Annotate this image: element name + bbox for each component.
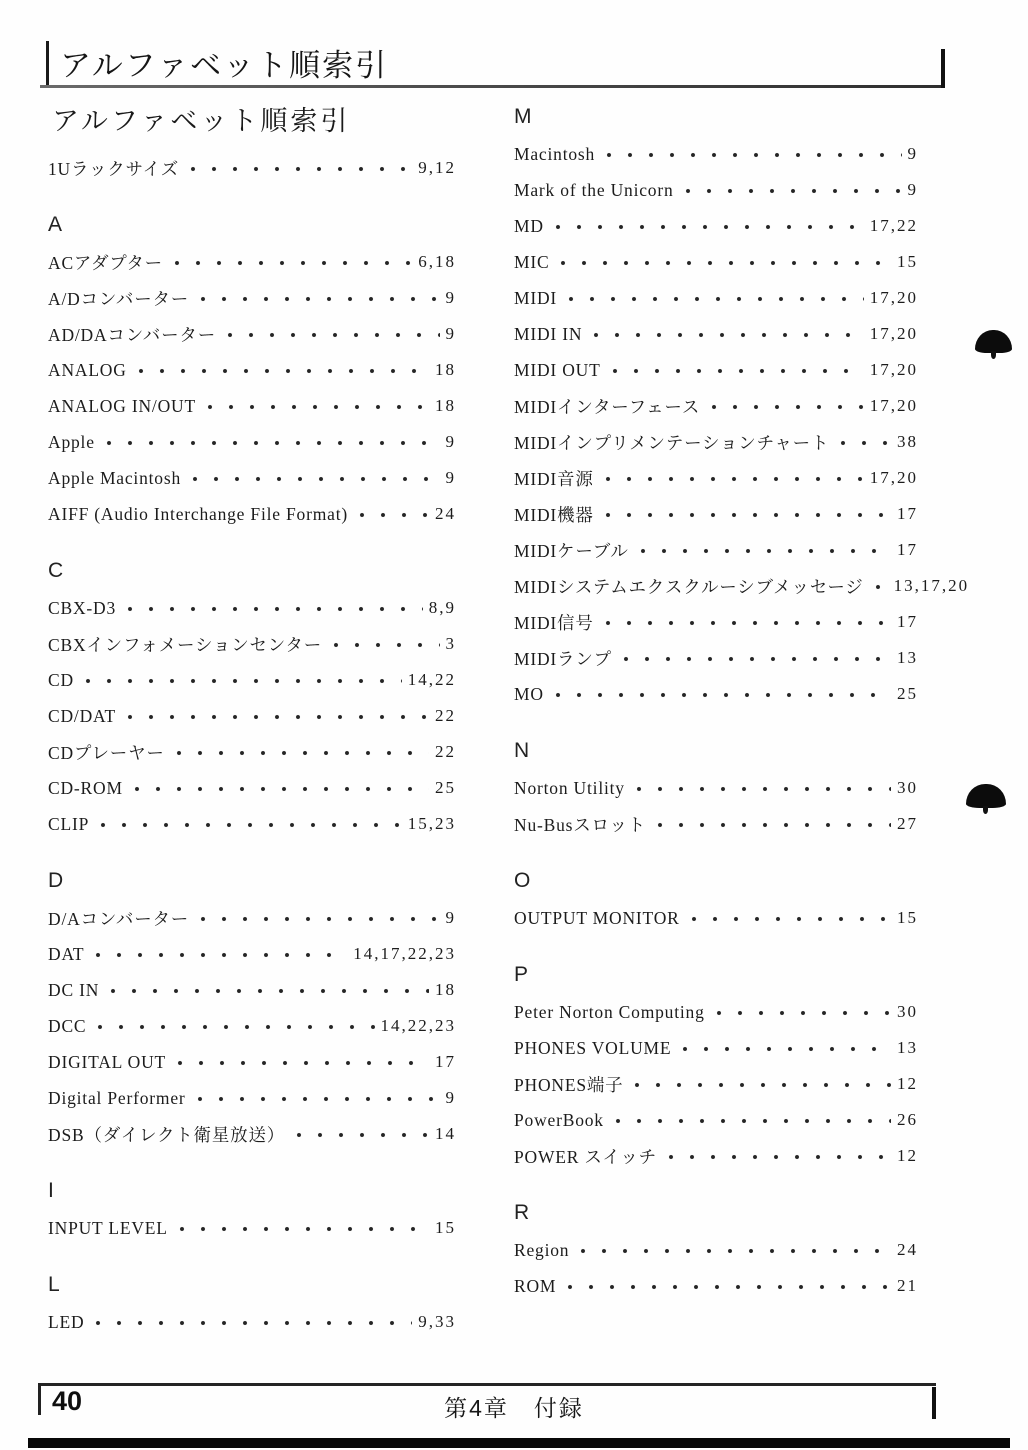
dot-leader [611, 352, 864, 388]
dot-leader [690, 900, 891, 936]
entry-label: OUTPUT MONITOR [514, 908, 680, 929]
entry-page-numbers: 17,20 [870, 396, 918, 416]
entry-page-numbers: 9 [446, 1088, 457, 1108]
entry-page-numbers: 22 [435, 706, 456, 726]
entry-page-numbers: 17,20 [870, 360, 918, 380]
dot-leader [614, 1102, 891, 1138]
index-entry: MIDIインプリメンテーションチャート38 [514, 424, 918, 460]
index-entry: ACアダプター6,18 [48, 244, 456, 280]
entry-page-numbers: 25 [435, 778, 456, 798]
dot-leader [178, 1210, 429, 1246]
dot-leader [622, 640, 891, 676]
entry-page-numbers: 26 [897, 1110, 918, 1130]
entry-page-numbers: 18 [435, 980, 456, 1000]
entry-page-numbers: 9 [908, 180, 919, 200]
dot-leader [554, 208, 864, 244]
entry-page-numbers: 6,18 [418, 252, 456, 272]
dot-leader [715, 994, 891, 1030]
entry-label: CD-ROM [48, 778, 123, 799]
entry-page-numbers: 15 [897, 908, 918, 928]
index-entry: MIDI音源17,20 [514, 460, 918, 496]
entry-page-numbers: 27 [897, 814, 918, 834]
dot-leader [710, 388, 864, 424]
dot-leader [206, 388, 429, 424]
dot-leader [559, 244, 891, 280]
entry-label: CLIP [48, 814, 89, 835]
entry-page-numbers: 14,17,22,23 [353, 944, 456, 964]
dot-leader [105, 424, 440, 460]
entry-page-numbers: 18 [435, 360, 456, 380]
index-entry: MIDI IN17,20 [514, 316, 918, 352]
index-entry: MIDIランプ13 [514, 640, 918, 676]
index-entry: Norton Utility30 [514, 770, 918, 806]
dot-leader [605, 136, 901, 172]
header-rule [40, 85, 945, 88]
dot-leader [874, 568, 888, 604]
entry-page-numbers: 9 [446, 468, 457, 488]
entry-page-numbers: 9 [446, 432, 457, 452]
entry-page-numbers: 3 [446, 634, 457, 654]
index-entry: Nu-Busスロット27 [514, 806, 918, 842]
running-header-title: アルファベット順索引 [60, 40, 388, 85]
entry-label: Apple [48, 432, 95, 453]
entry-label: DC IN [48, 980, 99, 1001]
dot-leader [175, 734, 429, 770]
entry-page-numbers: 9 [446, 908, 457, 928]
entry-page-numbers: 21 [897, 1276, 918, 1296]
entry-label: MIDI [514, 288, 557, 309]
index-entry: PHONES VOLUME13 [514, 1030, 918, 1066]
index-entry: MIDIケーブル17 [514, 532, 918, 568]
index-section-m: MMacintosh9Mark of the Unicorn9MD17,22MI… [514, 96, 918, 712]
section-letter: C [48, 550, 456, 590]
index-entry: CD14,22 [48, 662, 456, 698]
index-entry: MIDI OUT17,20 [514, 352, 918, 388]
entry-label: MIDIランプ [514, 646, 612, 671]
dot-leader [191, 460, 439, 496]
index-section-l: LLED9,33 [48, 1264, 456, 1340]
dot-leader [566, 1268, 891, 1304]
entry-label: CD/DAT [48, 706, 116, 727]
entry-page-numbers: 9 [908, 144, 919, 164]
entry-label: ANALOG IN/OUT [48, 396, 196, 417]
dot-leader [681, 1030, 891, 1066]
ink-smudge [975, 330, 1012, 353]
index-entry: MIDIシステムエクスクルーシブメッセージ13,17,20 [514, 568, 918, 604]
index-entry: DIGITAL OUT17 [48, 1044, 456, 1080]
index-entry: DCC14,22,23 [48, 1008, 456, 1044]
entry-label: DCC [48, 1016, 86, 1037]
dot-leader [173, 244, 412, 280]
index-entry: Apple Macintosh9 [48, 460, 456, 496]
entry-label: DIGITAL OUT [48, 1052, 166, 1073]
entry-label: MIDI音源 [514, 466, 594, 491]
footer-rule [38, 1383, 936, 1386]
index-entry: INPUT LEVEL15 [48, 1210, 456, 1246]
dot-leader [604, 604, 891, 640]
index-entry: DC IN18 [48, 972, 456, 1008]
entry-page-numbers: 9,33 [418, 1312, 456, 1332]
index-section-d: DD/Aコンバーター9DAT14,17,22,23DC IN18DCC14,22… [48, 860, 456, 1152]
entry-page-numbers: 24 [435, 504, 456, 524]
index-entry: POWER スイッチ12 [514, 1138, 918, 1174]
header-rule-tick [941, 49, 945, 88]
dot-leader [226, 316, 440, 352]
dot-leader [94, 1304, 412, 1340]
index-column-left: 1Uラックサイズ9,12AACアダプター6,18A/Dコンバーター9AD/DAコ… [48, 150, 456, 1340]
dot-leader [189, 150, 412, 186]
index-section-o: OOUTPUT MONITOR15 [514, 860, 918, 936]
index-entry: CLIP15,23 [48, 806, 456, 842]
dot-leader [133, 770, 429, 806]
index-entry: CBXインフォメーションセンター3 [48, 626, 456, 662]
entry-label: CBX-D3 [48, 598, 116, 619]
entry-label: Region [514, 1240, 569, 1261]
entry-page-numbers: 12 [897, 1146, 918, 1166]
entry-label: AD/DAコンバーター [48, 322, 216, 347]
index-entry: PHONES端子12 [514, 1066, 918, 1102]
dot-leader [604, 460, 864, 496]
index-entry: MIC15 [514, 244, 918, 280]
dot-leader [94, 936, 347, 972]
entry-page-numbers: 15,23 [408, 814, 456, 834]
index-entry: Apple9 [48, 424, 456, 460]
entry-page-numbers: 13,17,20 [894, 576, 970, 596]
dot-leader [592, 316, 863, 352]
index-section-a: AACアダプター6,18A/Dコンバーター9AD/DAコンバーター9ANALOG… [48, 204, 456, 532]
entry-label: MIDI OUT [514, 360, 601, 381]
dot-leader [332, 626, 439, 662]
index-entry: MIDIインターフェース17,20 [514, 388, 918, 424]
entry-label: MIDI機器 [514, 502, 594, 527]
index-entry: Peter Norton Computing30 [514, 994, 918, 1030]
dot-leader [567, 280, 864, 316]
section-letter: N [514, 730, 918, 770]
index-entry: AIFF (Audio Interchange File Format)24 [48, 496, 456, 532]
index-entry: ROM21 [514, 1268, 918, 1304]
entry-page-numbers: 8,9 [429, 598, 456, 618]
section-letter: P [514, 954, 918, 994]
entry-page-numbers: 14,22,23 [381, 1016, 457, 1036]
entry-page-numbers: 15 [435, 1218, 456, 1238]
entry-page-numbers: 18 [435, 396, 456, 416]
index-entry: LED9,33 [48, 1304, 456, 1340]
index-entry: MD17,22 [514, 208, 918, 244]
entry-label: A/Dコンバーター [48, 286, 189, 311]
dot-leader [554, 676, 891, 712]
entry-page-numbers: 25 [897, 684, 918, 704]
dot-leader [633, 1066, 891, 1102]
dot-leader [96, 1008, 374, 1044]
entry-label: DSB（ダイレクト衛星放送） [48, 1122, 285, 1147]
entry-page-numbers: 9 [446, 288, 457, 308]
dot-leader [295, 1116, 429, 1152]
entry-label: MIDIシステムエクスクルーシブメッセージ [514, 574, 864, 599]
index-section-n: NNorton Utility30Nu-Busスロット27 [514, 730, 918, 842]
header-left-bar [46, 41, 49, 87]
index-section-i: IINPUT LEVEL15 [48, 1170, 456, 1246]
entry-page-numbers: 17 [897, 612, 918, 632]
entry-label: MIDIケーブル [514, 538, 629, 563]
entry-label: MIDI IN [514, 324, 582, 345]
dot-leader [196, 1080, 440, 1116]
index-section-top: 1Uラックサイズ9,12 [48, 150, 456, 186]
index-entry: CBX-D38,9 [48, 590, 456, 626]
index-entry: Region24 [514, 1232, 918, 1268]
index-column-right: MMacintosh9Mark of the Unicorn9MD17,22MI… [514, 96, 918, 1304]
dot-leader [639, 532, 891, 568]
entry-label: INPUT LEVEL [48, 1218, 168, 1239]
entry-label: Mark of the Unicorn [514, 180, 674, 201]
dot-leader [358, 496, 429, 532]
entry-label: Nu-Busスロット [514, 812, 646, 837]
entry-label: CBXインフォメーションセンター [48, 632, 322, 657]
entry-page-numbers: 30 [897, 1002, 918, 1022]
entry-page-numbers: 13 [897, 648, 918, 668]
entry-page-numbers: 17 [435, 1052, 456, 1072]
footer-chapter-title: 第4章 付録 [0, 1390, 1028, 1423]
index-entry: MIDI信号17 [514, 604, 918, 640]
bottom-scan-bar [28, 1438, 1010, 1448]
entry-page-numbers: 15 [897, 252, 918, 272]
index-entry: OUTPUT MONITOR15 [514, 900, 918, 936]
entry-label: CD [48, 670, 74, 691]
section-letter: M [514, 96, 918, 136]
index-entry: AD/DAコンバーター9 [48, 316, 456, 352]
dot-leader [126, 698, 429, 734]
entry-label: PHONES端子 [514, 1072, 623, 1097]
entry-label: MO [514, 684, 544, 705]
index-entry: DSB（ダイレクト衛星放送）14 [48, 1116, 456, 1152]
entry-page-numbers: 22 [435, 742, 456, 762]
index-entry: ANALOG18 [48, 352, 456, 388]
dot-leader [684, 172, 902, 208]
entry-label: MIDIインプリメンテーションチャート [514, 430, 829, 455]
index-entry: PowerBook26 [514, 1102, 918, 1138]
index-entry: 1Uラックサイズ9,12 [48, 150, 456, 186]
ink-smudge [966, 784, 1006, 808]
index-entry: CDプレーヤー22 [48, 734, 456, 770]
entry-page-numbers: 38 [897, 432, 918, 452]
index-page: アルファベット順索引 アルファベット順索引 1Uラックサイズ9,12AACアダプ… [0, 0, 1028, 1450]
dot-leader [579, 1232, 891, 1268]
entry-page-numbers: 17 [897, 504, 918, 524]
dot-leader [839, 424, 891, 460]
entry-label: PowerBook [514, 1110, 604, 1131]
entry-page-numbers: 17 [897, 540, 918, 560]
index-entry: D/Aコンバーター9 [48, 900, 456, 936]
entry-page-numbers: 17,20 [870, 468, 918, 488]
entry-label: PHONES VOLUME [514, 1038, 671, 1059]
index-entry: DAT14,17,22,23 [48, 936, 456, 972]
index-entry: CD-ROM25 [48, 770, 456, 806]
dot-leader [126, 590, 423, 626]
entry-page-numbers: 9 [446, 324, 457, 344]
entry-page-numbers: 9,12 [418, 158, 456, 178]
index-entry: Digital Performer9 [48, 1080, 456, 1116]
entry-page-numbers: 14,22 [408, 670, 456, 690]
entry-label: MIDIインターフェース [514, 394, 700, 419]
entry-label: CDプレーヤー [48, 740, 165, 765]
entry-page-numbers: 24 [897, 1240, 918, 1260]
entry-label: MD [514, 216, 544, 237]
entry-label: LED [48, 1312, 84, 1333]
entry-label: 1Uラックサイズ [48, 156, 179, 181]
dot-leader [176, 1044, 429, 1080]
dot-leader [199, 900, 439, 936]
index-entry: CD/DAT22 [48, 698, 456, 734]
entry-label: ROM [514, 1276, 556, 1297]
entry-label: POWER スイッチ [514, 1144, 657, 1169]
dot-leader [99, 806, 402, 842]
index-entry: MO25 [514, 676, 918, 712]
dot-leader [199, 280, 439, 316]
section-letter: A [48, 204, 456, 244]
entry-page-numbers: 17,20 [870, 288, 918, 308]
dot-leader [656, 806, 891, 842]
entry-label: Norton Utility [514, 778, 625, 799]
dot-leader [137, 352, 429, 388]
section-letter: O [514, 860, 918, 900]
dot-leader [635, 770, 891, 806]
section-letter: R [514, 1192, 918, 1232]
entry-label: DAT [48, 944, 84, 965]
entry-page-numbers: 30 [897, 778, 918, 798]
entry-label: D/Aコンバーター [48, 906, 189, 931]
section-letter: D [48, 860, 456, 900]
entry-page-numbers: 14 [435, 1124, 456, 1144]
page-title: アルファベット順索引 [52, 99, 350, 138]
entry-label: Apple Macintosh [48, 468, 181, 489]
index-section-r: RRegion24ROM21 [514, 1192, 918, 1304]
dot-leader [109, 972, 429, 1008]
index-entry: MIDI17,20 [514, 280, 918, 316]
entry-page-numbers: 17,22 [870, 216, 918, 236]
entry-label: ANALOG [48, 360, 127, 381]
index-section-c: CCBX-D38,9CBXインフォメーションセンター3CD14,22CD/DAT… [48, 550, 456, 842]
index-section-p: PPeter Norton Computing30PHONES VOLUME13… [514, 954, 918, 1174]
entry-label: ACアダプター [48, 250, 163, 275]
entry-label: AIFF (Audio Interchange File Format) [48, 504, 348, 525]
dot-leader [604, 496, 891, 532]
entry-page-numbers: 12 [897, 1074, 918, 1094]
dot-leader [84, 662, 402, 698]
entry-label: Macintosh [514, 144, 595, 165]
index-entry: Mark of the Unicorn9 [514, 172, 918, 208]
dot-leader [667, 1138, 891, 1174]
entry-page-numbers: 17,20 [870, 324, 918, 344]
entry-label: Peter Norton Computing [514, 1002, 705, 1023]
index-entry: MIDI機器17 [514, 496, 918, 532]
entry-page-numbers: 13 [897, 1038, 918, 1058]
section-letter: I [48, 1170, 456, 1210]
section-letter: L [48, 1264, 456, 1304]
index-entry: A/Dコンバーター9 [48, 280, 456, 316]
entry-label: Digital Performer [48, 1088, 186, 1109]
entry-label: MIC [514, 252, 549, 273]
entry-label: MIDI信号 [514, 610, 594, 635]
index-entry: Macintosh9 [514, 136, 918, 172]
index-entry: ANALOG IN/OUT18 [48, 388, 456, 424]
